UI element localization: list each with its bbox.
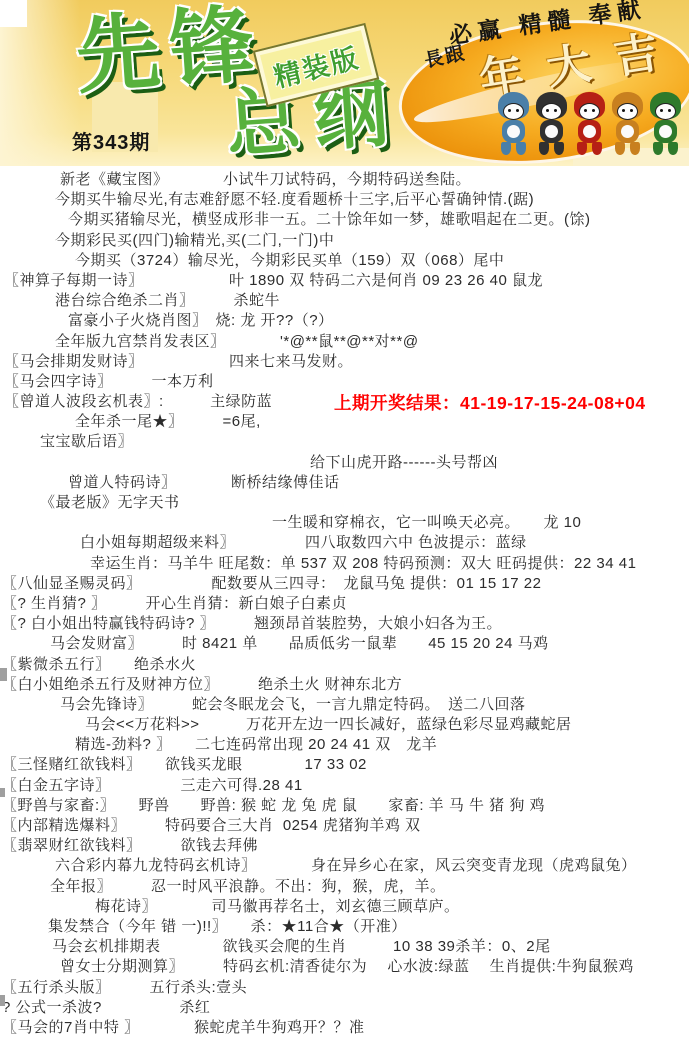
mascot-eyes [660,109,663,112]
sheet-line: 《最老版》无字天书 [0,493,689,513]
mascot-belly [583,125,596,138]
sheet-line: 六合彩内幕九龙特码玄机诗〗 身在异乡心在家，风云突变青龙现（虎鸡鼠兔） [0,856,689,876]
fuwa-mascot-red [572,92,607,158]
sheet-line: 〖内部精选爆料〗 特码要合三大肖 0254 虎猪狗羊鸡 双 [0,816,689,836]
sheet-line: 马会发财富〗 时 8421 单 品质低劣一鼠辈 45 15 20 24 马鸡 [0,634,689,654]
mascot-face [579,103,600,120]
fuwa-mascot-orange [610,92,645,158]
scan-artifact [0,788,5,797]
sheet-line: 一生暖和穿棉衣，它一叫唤天必亮。 龙 10 [0,513,689,533]
sheet-line: 曾道人特码诗〗 断桥结缘傅佳话 [0,473,689,493]
corner-white-patch [0,0,27,27]
sheet-line: 〖神算子每期一诗〗 叶 1890 双 特码二六是何肖 09 23 26 40 鼠… [0,271,689,291]
mascot-face [541,103,562,120]
mascot-belly [659,125,672,138]
mascot-eyes [546,109,549,112]
mascot-eyes [622,109,625,112]
sheet-line: 〖曾道人波段玄机表〗: 主绿防蓝 [0,392,689,412]
sheet-line: 〖马会四字诗〗 一本万利 [0,372,689,392]
sheet-line: 〖八仙显圣赐灵码〗 配数要从三四寻： 龙鼠马兔 提供：01 15 17 22 [0,574,689,594]
sheet-line: 给下山虎开路------头号帮凶 [0,453,689,473]
issue-number: 第343期 [72,126,150,155]
sheet-line: 今期买（3724）输尽光，今期彩民买单（159）双（068）尾中 [0,251,689,271]
tip-sheet-body: 新老《藏宝图》 小试牛刀试特码，今期特码送叁陆。 今期买牛输尽光,有志难舒愿不轻… [0,170,689,1038]
mascot-legs [653,142,663,155]
fuwa-mascot-panda [534,92,569,158]
mascot-legs [615,142,625,155]
sheet-line: 〖三怪赌红欲钱料〗 欲钱买龙眼 17 33 02 [0,755,689,775]
sheet-line: 马会先锋诗〗 蛇会冬眠龙会飞，一言九鼎定特码。 送二八回落 [0,695,689,715]
fuwa-mascot-blue [496,92,531,158]
sheet-line: 今期彩民买(四门)输精光,买(二门,一门)中 [0,231,689,251]
sheet-line: 〖马会排期发财诗〗 四来七来马发财。 [0,352,689,372]
lottery-tip-sheet-page: 必赢 精髓 奉献 長跟 年大吉 先锋 总纲 精装版 第343期 [0,0,689,1038]
mascot-belly [545,125,558,138]
sheet-line: 〖翡翠财红欲钱料〗 欲钱去拜佛 [0,836,689,856]
sheet-line: 全年版九宫禁肖发表区〗 '*@**鼠**@**对**@ [0,332,689,352]
sheet-line: 今期买猪输尽光，横竖成形非一五。二十馀年如一梦，雄歌唱起在二更。(馀) [0,210,689,230]
sheet-line: 宝宝歇后语〗 [0,432,689,452]
sheet-line: 富豪小子火烧肖图〗 烧: 龙 开??（?） [0,311,689,331]
sheet-line: 〖野兽与家畜:〗 野兽 野兽: 猴 蛇 龙 兔 虎 鼠 家畜: 羊 马 牛 猪 … [0,796,689,816]
sheet-line: 梅花诗〗 司马徽再荐名士，刘玄德三顾草庐。 [0,897,689,917]
sheet-line: 精选-劲料? 〗 二七连码常出现 20 24 41 双 龙羊 [0,735,689,755]
sheet-line: 全年报〗 忍一时风平浪静。不出：狗，猴，虎，羊。 [0,877,689,897]
mascot-legs [501,142,511,155]
sheet-line: 〖? 生肖猜? 〗 开心生肖猜：新白娘子白素贞 [0,594,689,614]
sheet-line: ? 公式一杀波? 杀红 [0,998,689,1018]
mascot-row [496,92,683,158]
sheet-line: 港台综合绝杀二肖〗 杀蛇牛 [0,291,689,311]
sheet-line: 〖五行杀头版〗 五行杀头:壹头 [0,978,689,998]
sheet-line: 〖白金五字诗〗 三走六可得.28 41 [0,776,689,796]
scan-artifact [0,668,7,681]
mascot-eyes [584,109,587,112]
sheet-line: 〖马会的7肖中特 〗 猴蛇虎羊牛狗鸡开？？准 [0,1018,689,1038]
mascot-face [655,103,676,120]
mascot-belly [507,125,520,138]
sheet-line: 白小姐每期超级来料〗 四八取数四六中 色波提示：蓝绿 [0,533,689,553]
sheet-line: 幸运生肖：马羊牛 旺尾数：单 537 双 208 特码预测：双大 旺码提供：22… [0,554,689,574]
fuwa-mascot-green [648,92,683,158]
sheet-line: 新老《藏宝图》 小试牛刀试特码，今期特码送叁陆。 [0,170,689,190]
mascot-eyes [508,109,511,112]
sheet-line: 今期买牛输尽光,有志难舒愿不轻.度看题桥十三字,后平心誓确钟情.(踞) [0,190,689,210]
sheet-line: 〖白小姐绝杀五行及财神方位〗 绝杀土火 财神东北方 [0,675,689,695]
sheet-line: 全年杀一尾★〗 =6尾, [0,412,689,432]
mascot-face [617,103,638,120]
sheet-line: 〖紫微杀五行〗 绝杀水火 [0,655,689,675]
sheet-line: 马会<<万花料>> 万花开左边一四长减好，蓝绿色彩尽显鸡藏蛇居 [0,715,689,735]
sheet-line: 集发禁合（今年 错 一)!!〗 杀：★11合★（开准） [0,917,689,937]
scan-artifact [0,995,5,1006]
mascot-belly [621,125,634,138]
mascot-legs [577,142,587,155]
mascot-face [503,103,524,120]
mascot-legs [539,142,549,155]
sheet-line: 〖? 白小姐出特赢钱特码诗? 〗 翘颈昂首装腔势，大娘小妇各为王。 [0,614,689,634]
badge-label: 精装版 [269,36,363,95]
sheet-line: 曾女士分期测算〗 特码玄机:清香徒尔为 心水波:绿蓝 生肖提供:牛狗鼠猴鸡 [0,957,689,977]
header-banner: 必赢 精髓 奉献 長跟 年大吉 先锋 总纲 精装版 第343期 [0,0,689,166]
sheet-line: 马会玄机排期表 欲钱买会爬的生肖 10 38 39杀羊：0、2尾 [0,937,689,957]
